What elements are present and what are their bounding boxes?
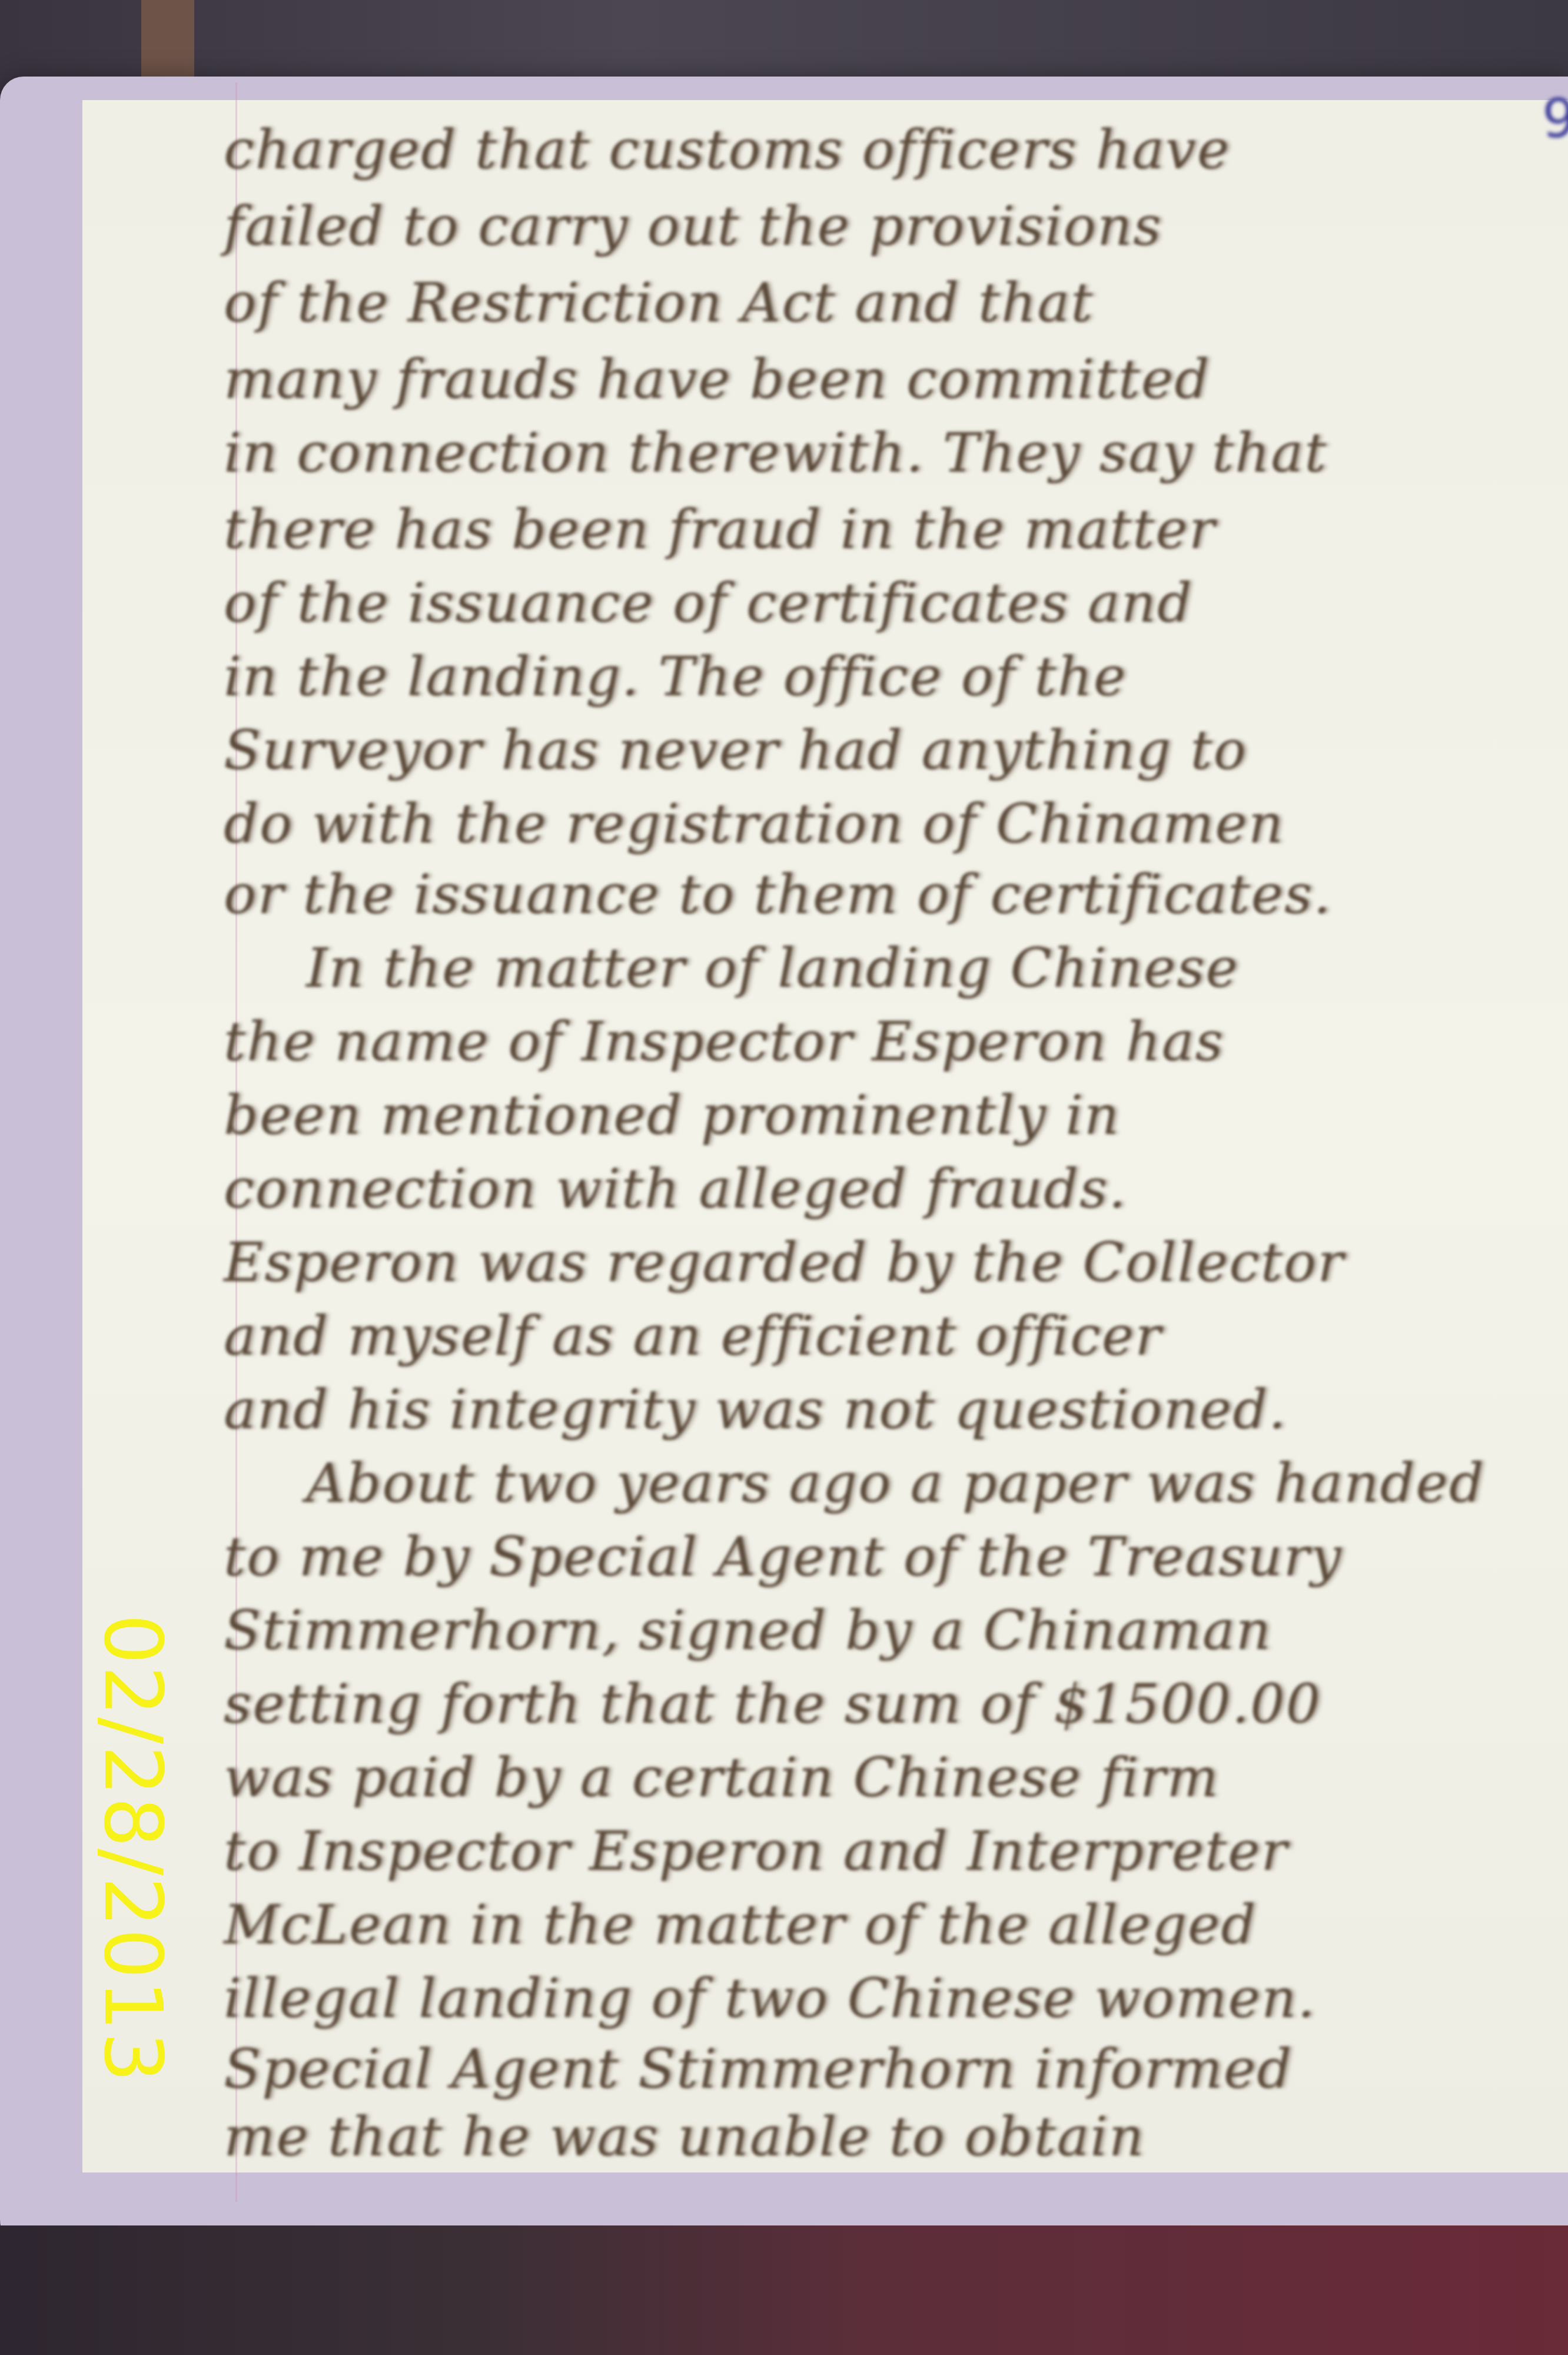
- background-wood-strip: [141, 0, 194, 88]
- handwritten-line: in the landing. The office of the: [224, 645, 1342, 709]
- background-table: [0, 2225, 1568, 2355]
- handwritten-line: of the issuance of certificates and: [224, 571, 1342, 636]
- handwritten-line: and myself as an efficient officer: [224, 1304, 1342, 1369]
- handwritten-line: or the issuance to them of certificates.: [224, 863, 1342, 927]
- handwritten-line: failed to carry out the provisions: [224, 194, 1342, 259]
- handwritten-line: been mentioned prominently in: [224, 1083, 1342, 1148]
- handwritten-line: to me by Special Agent of the Treasury: [224, 1525, 1342, 1590]
- handwritten-line: In the matter of landing Chinese: [306, 936, 1424, 1001]
- date-stamp: 02/28/2013: [88, 1643, 177, 2055]
- handwritten-line: me that he was unable to obtain: [224, 2105, 1342, 2170]
- handwritten-line: many frauds have been committed: [224, 347, 1342, 412]
- handwritten-line: Stimmerhorn, signed by a Chinaman: [224, 1598, 1342, 1663]
- handwritten-line: there has been fraud in the matter: [224, 497, 1342, 562]
- page-number: 9: [1542, 88, 1568, 150]
- handwritten-line: Special Agent Stimmerhorn informed: [224, 2037, 1342, 2102]
- handwritten-line: illegal landing of two Chinese women.: [224, 1966, 1342, 2031]
- handwritten-line: setting forth that the sum of $1500.00: [224, 1672, 1342, 1737]
- handwritten-line: in connection therewith. They say that: [224, 421, 1342, 486]
- handwritten-line: to Inspector Esperon and Interpreter: [224, 1819, 1342, 1884]
- handwritten-line: was paid by a certain Chinese firm: [224, 1746, 1342, 1810]
- handwritten-line: the name of Inspector Esperon has: [224, 1010, 1342, 1074]
- date-stamp-text: 02/28/2013: [87, 1614, 179, 2084]
- handwritten-line: McLean in the matter of the alleged: [224, 1893, 1342, 1958]
- handwritten-line: charged that customs officers have: [224, 118, 1342, 183]
- handwritten-line: and his integrity was not questioned.: [224, 1378, 1342, 1442]
- handwritten-line: Surveyor has never had anything to: [224, 718, 1342, 783]
- handwritten-line: of the Restriction Act and that: [224, 271, 1342, 336]
- handwritten-line: do with the registration of Chinamen: [224, 792, 1342, 857]
- handwritten-line: About two years ago a paper was handed: [306, 1451, 1424, 1516]
- handwritten-line: Esperon was regarded by the Collector: [224, 1230, 1342, 1295]
- handwritten-line: connection with alleged frauds.: [224, 1157, 1342, 1222]
